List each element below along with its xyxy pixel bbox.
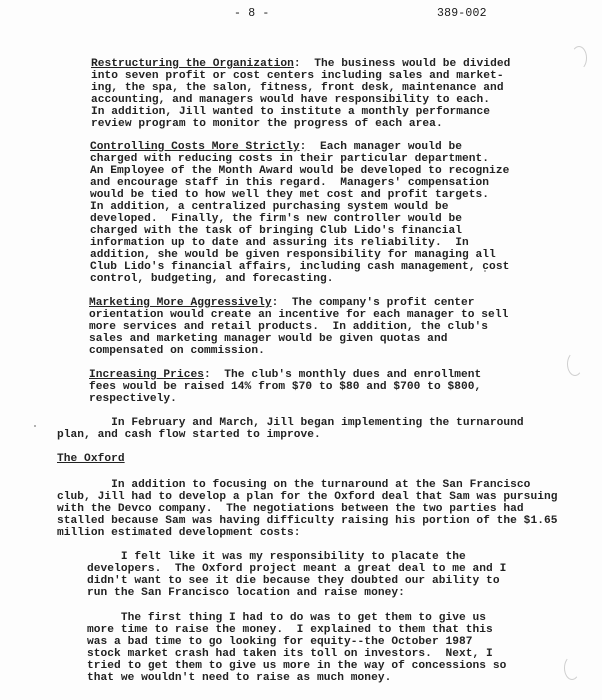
section-heading: Marketing More Aggressively [89, 297, 272, 309]
text-line: and encourage staff in this regard. Mana… [90, 177, 489, 189]
text-line: compensated on commission. [89, 345, 265, 357]
text-line: information up to date and assuring its … [90, 237, 469, 249]
text-line: In addition, Jill wanted to institute a … [91, 106, 490, 118]
text-line: In addition, a centralized purchasing sy… [90, 201, 448, 213]
text-line: more services and retail products. In ad… [89, 321, 488, 333]
text-line: stalled because Sam was having difficult… [57, 515, 558, 527]
text-line: developed. Finally, the firm's new contr… [90, 213, 462, 225]
text-line: fees would be raised 14% from $70 to $80… [89, 381, 481, 393]
page-number: - 8 - [234, 7, 270, 20]
section-heading: Increasing Prices [89, 369, 204, 381]
text-line: plan, and cash flow started to improve. [57, 429, 321, 441]
text-line: that we wouldn't need to raise as much m… [87, 672, 391, 684]
text-line: ing, the spa, the salon, fitness, front … [91, 82, 504, 94]
binder-hole-mark-middle [567, 352, 583, 376]
text-line: In February and March, Jill began implem… [57, 417, 524, 429]
text-line: would be tied to how well they met cost … [90, 189, 489, 201]
text-line: In addition to focusing on the turnaroun… [57, 479, 530, 491]
text-line: developers. The Oxford project meant a g… [87, 563, 506, 575]
text-line: I felt like it was my responsibility to … [87, 551, 466, 563]
text-line: An Employee of the Month Award would be … [90, 165, 509, 177]
binder-hole-mark-bottom [564, 656, 580, 680]
text-line: sales and marketing manager would be giv… [89, 333, 447, 345]
text-line: charged with reducing costs in their par… [90, 153, 489, 165]
document-id: 389-002 [437, 7, 487, 20]
text-line: review program to monitor the progress o… [91, 118, 443, 130]
text-line: club, Jill had to develop a plan for the… [57, 491, 558, 503]
text-line: didn't want to see it die because they d… [87, 575, 500, 587]
text-line: Club Lido's financial affairs, including… [90, 261, 509, 273]
document-page: - 8 - 389-002 Restructuring the Organiza… [0, 0, 602, 700]
binder-hole-mark-top [571, 46, 587, 70]
text-line: million estimated development costs: [57, 527, 301, 539]
text-line: orientation would create an incentive fo… [89, 309, 508, 321]
section-heading: Controlling Costs More Strictly [90, 141, 300, 153]
text-line: was a bad time to go looking for equity-… [87, 636, 473, 648]
text-line: respectively. [89, 393, 177, 405]
text-line: into seven profit or cost centers includ… [91, 70, 504, 82]
text-line: with the Devco company. The negotiations… [57, 503, 524, 515]
text-line: more time to raise the money. I explaine… [87, 624, 493, 636]
oxford-heading: The Oxford [57, 453, 125, 465]
text-line: run the San Francisco location and raise… [87, 587, 405, 599]
text-line: addition, she would be given responsibil… [90, 249, 496, 261]
text-line: The first thing I had to do was to get t… [87, 612, 486, 624]
text-line: stock market crash had taken its toll on… [87, 648, 493, 660]
text-line: tried to get them to give us more in the… [87, 660, 506, 672]
text-line: accounting, and managers would have resp… [91, 94, 490, 106]
speck-mark [34, 425, 36, 427]
text-line: control, budgeting, and forecasting. [90, 273, 334, 285]
text-line: charged with the task of bringing Club L… [90, 225, 462, 237]
section-heading: Restructuring the Organization [91, 58, 294, 70]
